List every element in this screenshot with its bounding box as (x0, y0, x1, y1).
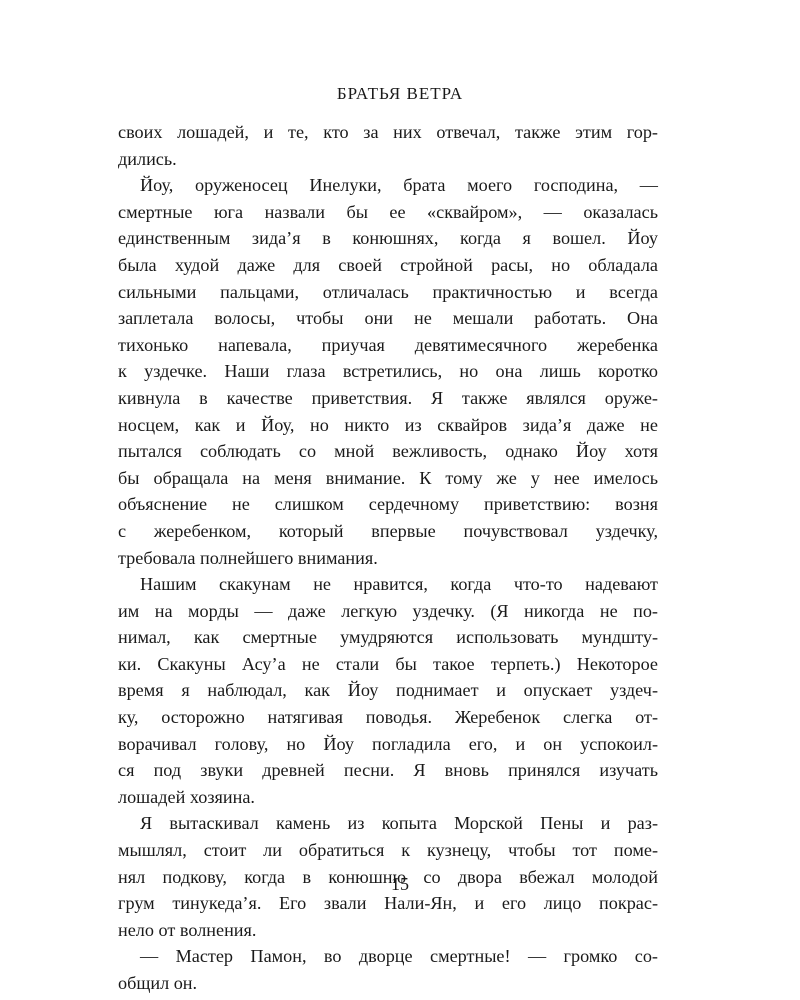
text-line: время я наблюдал, как Йоу поднимает и оп… (118, 677, 658, 704)
paragraph: своих лошадей, и те, кто за них отвечал,… (118, 119, 658, 172)
text-line: бы обращала на меня внимание. К тому же … (118, 465, 658, 492)
text-line: ки. Скакуны Асу’а не стали бы такое терп… (118, 651, 658, 678)
text-line: мышлял, стоит ли обратиться к кузнецу, ч… (118, 837, 658, 864)
text-line: общил он. (118, 970, 658, 997)
paragraph: Нашим скакунам не нравится, когда что-то… (118, 571, 658, 810)
text-line: нело от волнения. (118, 917, 658, 944)
text-line: сильными пальцами, отличалась практичнос… (118, 279, 658, 306)
text-line: заплетала волосы, чтобы они не мешали ра… (118, 305, 658, 332)
text-line: дились. (118, 146, 658, 173)
text-line: Я вытаскивал камень из копыта Морской Пе… (118, 810, 658, 837)
text-line: кивнула в качестве приветствия. Я также … (118, 385, 658, 412)
text-line: к уздечке. Наши глаза встретились, но он… (118, 358, 658, 385)
paragraph: Йоу, оруженосец Инелуки, брата моего гос… (118, 172, 658, 571)
book-page: БРАТЬЯ ВЕТРА своих лошадей, и те, кто за… (0, 0, 800, 1000)
text-line: объяснение не слишком сердечному приветс… (118, 491, 658, 518)
text-line: Йоу, оруженосец Инелуки, брата моего гос… (118, 172, 658, 199)
running-head: БРАТЬЯ ВЕТРА (0, 84, 800, 104)
text-line: Нашим скакунам не нравится, когда что-то… (118, 571, 658, 598)
text-line: требовала полнейшего внимания. (118, 545, 658, 572)
text-line: смертные юга назвали бы ее «сквайром», —… (118, 199, 658, 226)
text-line: с жеребенком, который впервые почувствов… (118, 518, 658, 545)
text-line: ворачивал голову, но Йоу погладила его, … (118, 731, 658, 758)
text-line: была худой даже для своей стройной расы,… (118, 252, 658, 279)
text-line: носцем, как и Йоу, но никто из сквайров … (118, 412, 658, 439)
text-line: ся под звуки древней песни. Я вновь прин… (118, 757, 658, 784)
text-line: нимал, как смертные умудряются использов… (118, 624, 658, 651)
text-line: ку, осторожно натягивая поводья. Жеребен… (118, 704, 658, 731)
text-line: им на морды — даже легкую уздечку. (Я ни… (118, 598, 658, 625)
text-line: единственным зида’я в конюшнях, когда я … (118, 225, 658, 252)
text-line: тихонько напевала, приучая девятимесячно… (118, 332, 658, 359)
body-text: своих лошадей, и те, кто за них отвечал,… (118, 119, 658, 997)
paragraph: — Мастер Памон, во дворце смертные! — гр… (118, 943, 658, 996)
text-line: своих лошадей, и те, кто за них отвечал,… (118, 119, 658, 146)
text-line: — Мастер Памон, во дворце смертные! — гр… (118, 943, 658, 970)
page-number: 15 (0, 874, 800, 895)
text-line: пытался соблюдать со мной вежливость, од… (118, 438, 658, 465)
text-line: лошадей хозяина. (118, 784, 658, 811)
